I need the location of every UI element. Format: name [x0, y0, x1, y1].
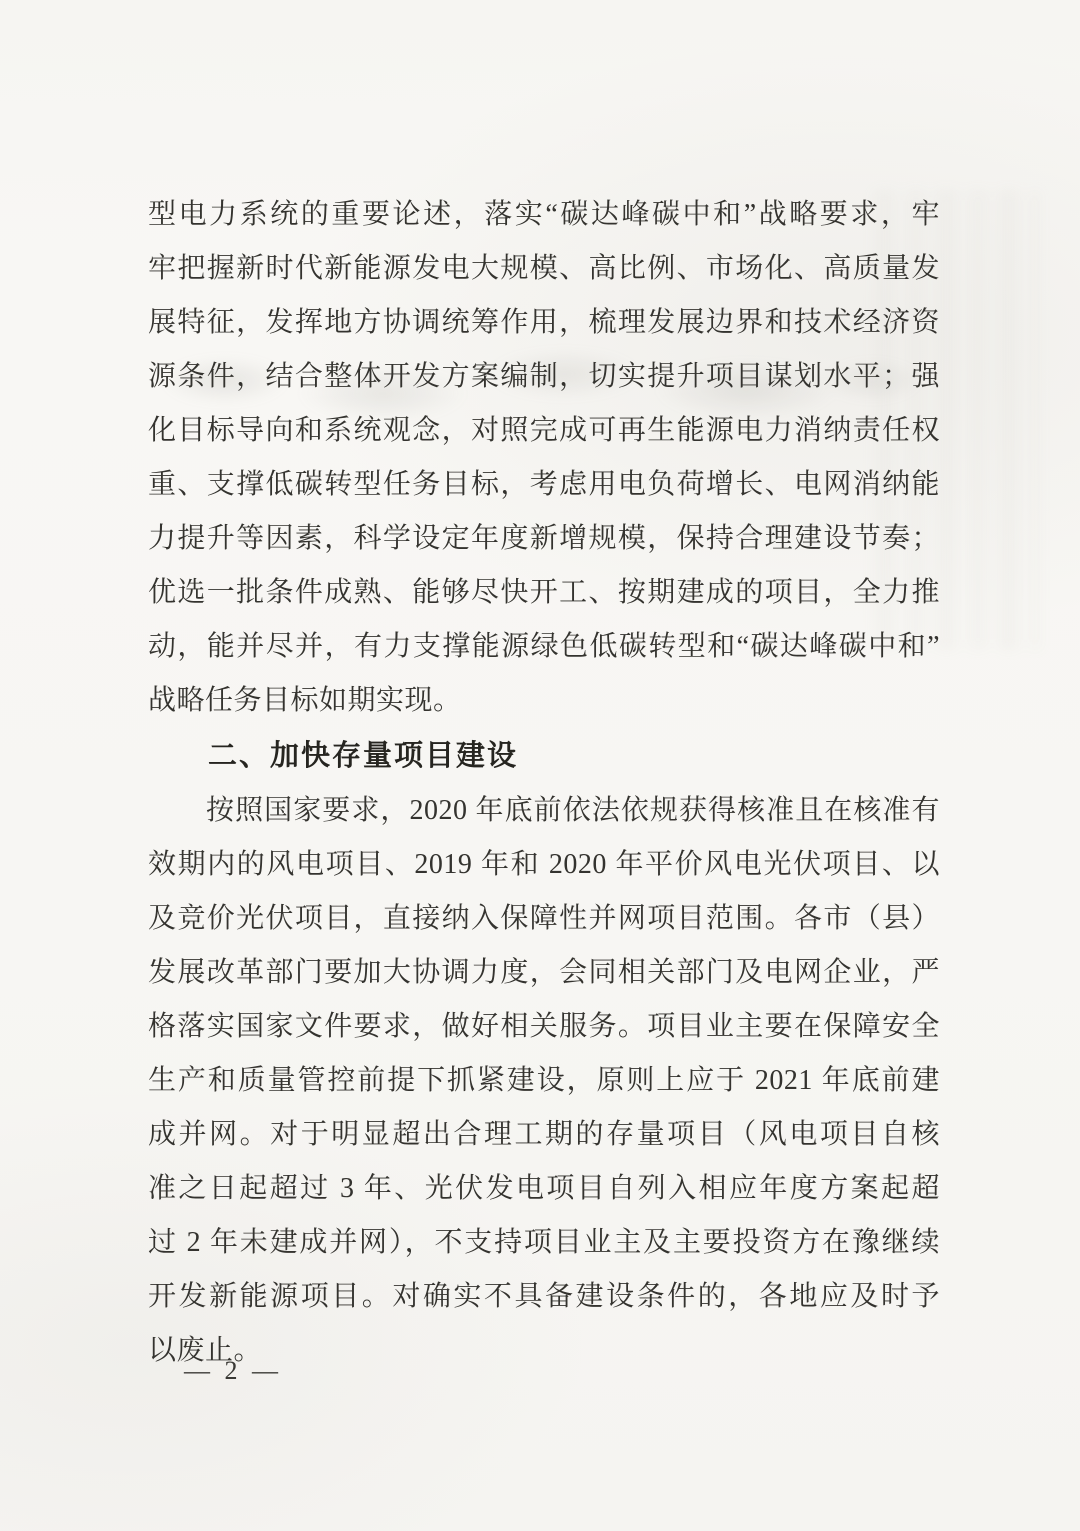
text-line: 生产和质量管控前提下抓紧建设，原则上应于 2021 年底前建 — [148, 1054, 940, 1108]
text-line: 源条件，结合整体开发方案编制，切实提升项目谋划水平；强 — [148, 350, 940, 404]
text-line: 开发新能源项目。对确实不具备建设条件的，各地应及时予 — [148, 1270, 940, 1324]
text-line: 重、支撑低碳转型任务目标，考虑用电负荷增长、电网消纳能 — [148, 458, 940, 512]
text-line: 过 2 年未建成并网），不支持项目业主及主要投资方在豫继续 — [148, 1216, 940, 1270]
text-line: 格落实国家文件要求，做好相关服务。项目业主要在保障安全 — [148, 1000, 940, 1054]
document-body: 型电力系统的重要论述，落实“碳达峰碳中和”战略要求，牢 牢把握新时代新能源发电大… — [148, 188, 940, 1378]
text-line: 准之日起超过 3 年、光伏发电项目自列入相应年度方案起超 — [148, 1162, 940, 1216]
text-line: 化目标导向和系统观念，对照完成可再生能源电力消纳责任权 — [148, 404, 940, 458]
text-line: 型电力系统的重要论述，落实“碳达峰碳中和”战略要求，牢 — [148, 188, 940, 242]
text-line: 成并网。对于明显超出合理工期的存量项目（风电项目自核 — [148, 1108, 940, 1162]
text-line: 优选一批条件成熟、能够尽快开工、按期建成的项目，全力推 — [148, 566, 940, 620]
text-line: 展特征，发挥地方协调统筹作用，梳理发展边界和技术经济资 — [148, 296, 940, 350]
section-heading: 二、加快存量项目建设 — [148, 728, 940, 784]
text-line: 效期内的风电项目、2019 年和 2020 年平价风电光伏项目、以 — [148, 838, 940, 892]
text-line: 力提升等因素，科学设定年度新增规模，保持合理建设节奏； — [148, 512, 940, 566]
text-line: 牢把握新时代新能源发电大规模、高比例、市场化、高质量发 — [148, 242, 940, 296]
text-line: 战略任务目标如期实现。 — [148, 674, 940, 728]
page-number: — 2 — — [184, 1356, 282, 1386]
text-line: 动，能并尽并，有力支撑能源绿色低碳转型和“碳达峰碳中和” — [148, 620, 940, 674]
text-line: 发展改革部门要加大协调力度，会同相关部门及电网企业，严 — [148, 946, 940, 1000]
scanned-document-page: 型电力系统的重要论述，落实“碳达峰碳中和”战略要求，牢 牢把握新时代新能源发电大… — [0, 0, 1080, 1531]
text-line: 按照国家要求，2020 年底前依法依规获得核准且在核准有 — [148, 784, 940, 838]
text-line: 及竞价光伏项目，直接纳入保障性并网项目范围。各市（县） — [148, 892, 940, 946]
